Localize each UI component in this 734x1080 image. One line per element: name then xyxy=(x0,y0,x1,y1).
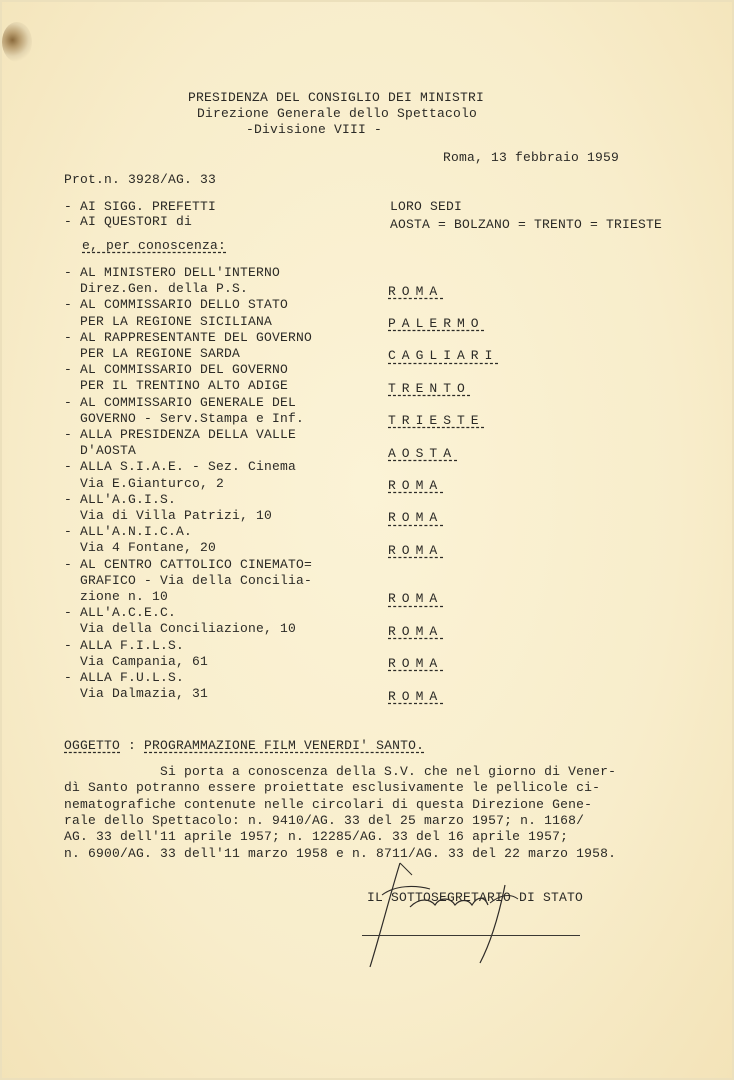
body-line: nematografiche contenute nelle circolari… xyxy=(64,797,592,812)
signature-line xyxy=(362,935,580,936)
place-date: Roma, 13 febbraio 1959 xyxy=(443,150,619,165)
handwritten-signature xyxy=(360,855,620,975)
cc-recipient-line: Via E.Gianturco, 2 xyxy=(64,476,224,491)
cc-recipient-line: Via della Conciliazione, 10 xyxy=(64,621,296,636)
cc-recipient-line: - AL COMMISSARIO DEL GOVERNO xyxy=(64,362,288,377)
cc-recipient-line: Via di Villa Patrizi, 10 xyxy=(64,508,272,523)
cc-recipient-city: ROMA xyxy=(388,656,443,671)
cc-recipient-line: GOVERNO - Serv.Stampa e Inf. xyxy=(64,411,304,426)
cc-recipient-city: CAGLIARI xyxy=(388,348,498,363)
cc-recipient-line: Via Campania, 61 xyxy=(64,654,208,669)
cc-recipient-line: - AL MINISTERO DELL'INTERNO xyxy=(64,265,280,280)
cc-recipient-city: ROMA xyxy=(388,624,443,639)
cc-recipient-line: D'AOSTA xyxy=(64,443,136,458)
protocol-number: Prot.n. 3928/AG. 33 xyxy=(64,172,216,187)
cc-recipient-line: PER LA REGIONE SICILIANA xyxy=(64,314,272,329)
cc-recipient-line: - ALLA S.I.A.E. - Sez. Cinema xyxy=(64,459,296,474)
cc-recipient-line: PER LA REGIONE SARDA xyxy=(64,346,240,361)
cc-recipient-city: ROMA xyxy=(388,689,443,704)
recipient-questori: - AI QUESTORI di xyxy=(64,214,192,229)
recipient-prefetti: - AI SIGG. PREFETTI xyxy=(64,199,216,214)
cc-recipient-city: ROMA xyxy=(388,591,443,606)
cc-recipient-line: Via Dalmazia, 31 xyxy=(64,686,208,701)
cc-recipient-line: zione n. 10 xyxy=(64,589,168,604)
cc-recipient-line: - AL CENTRO CATTOLICO CINEMATO= xyxy=(64,557,312,572)
cc-recipient-line: GRAFICO - Via della Concilia- xyxy=(64,573,312,588)
cc-label: e, per conoscenza: xyxy=(82,238,226,253)
cc-recipient-line: - ALL'A.G.I.S. xyxy=(64,492,176,507)
loro-sedi: LORO SEDI xyxy=(390,199,462,214)
cc-recipient-city: ROMA xyxy=(388,478,443,493)
cc-recipient-city: ROMA xyxy=(388,284,443,299)
cc-recipient-line: - ALLA F.I.L.S. xyxy=(64,638,184,653)
document-page: PRESIDENZA DEL CONSIGLIO DEI MINISTRI Di… xyxy=(0,0,734,1080)
header-line-2: Direzione Generale dello Spettacolo xyxy=(197,106,477,121)
body-line: rale dello Spettacolo: n. 9410/AG. 33 de… xyxy=(64,813,584,828)
cc-recipient-line: - ALL'A.C.E.C. xyxy=(64,605,176,620)
cc-recipient-line: Direz.Gen. della P.S. xyxy=(64,281,248,296)
cc-recipient-line: - AL RAPPRESENTANTE DEL GOVERNO xyxy=(64,330,312,345)
cc-recipient-line: - ALLA F.U.L.S. xyxy=(64,670,184,685)
cc-recipient-line: - ALL'A.N.I.C.A. xyxy=(64,524,192,539)
cc-recipient-city: TRIESTE xyxy=(388,413,485,428)
cc-recipient-line: Via 4 Fontane, 20 xyxy=(64,540,216,555)
header-line-3: -Divisione VIII - xyxy=(246,122,382,137)
cc-recipient-line: - ALLA PRESIDENZA DELLA VALLE xyxy=(64,427,296,442)
cc-recipient-line: - AL COMMISSARIO DELLO STATO xyxy=(64,297,288,312)
subject-text: PROGRAMMAZIONE FILM VENERDI' SANTO. xyxy=(144,738,424,753)
subject-label: OGGETTO xyxy=(64,738,120,753)
cc-recipient-line: - AL COMMISSARIO GENERALE DEL xyxy=(64,395,296,410)
cc-recipient-city: ROMA xyxy=(388,510,443,525)
cc-recipient-city: AOSTA xyxy=(388,446,457,461)
cc-recipient-line: PER IL TRENTINO ALTO ADIGE xyxy=(64,378,288,393)
punch-hole-stain xyxy=(2,22,32,62)
subject-line: OGGETTO : PROGRAMMAZIONE FILM VENERDI' S… xyxy=(64,738,424,753)
cc-recipient-city: ROMA xyxy=(388,543,443,558)
body-line: AG. 33 dell'11 aprile 1957; n. 12285/AG.… xyxy=(64,829,568,844)
header-line-1: PRESIDENZA DEL CONSIGLIO DEI MINISTRI xyxy=(188,90,484,105)
body-line: dì Santo potranno essere proiettate escl… xyxy=(64,780,600,795)
primary-cities: AOSTA = BOLZANO = TRENTO = TRIESTE xyxy=(390,217,662,232)
subject-separator: : xyxy=(120,738,144,753)
body-line: Si porta a conoscenza della S.V. che nel… xyxy=(64,764,616,779)
cc-recipient-city: TRENTO xyxy=(388,381,471,396)
cc-recipient-city: PALERMO xyxy=(388,316,485,331)
